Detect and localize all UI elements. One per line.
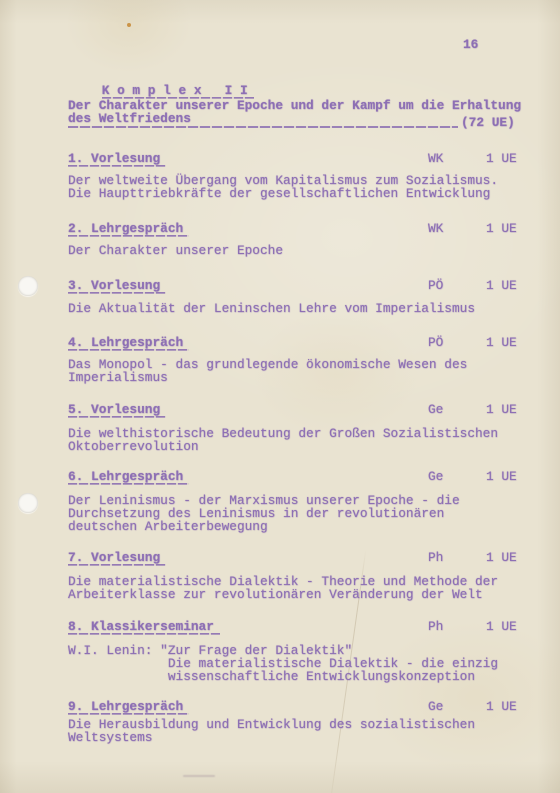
section-body: Der weltweite Übergang vom Kapitalismus …: [68, 174, 498, 200]
section-title: 2. Lehrgespräch: [68, 222, 189, 237]
section-1: 1. Vorlesung WK 1 UE Der weltweite Überg…: [0, 152, 560, 230]
section-6: 6. Lehrgespräch Ge 1 UE Der Leninismus -…: [0, 470, 560, 548]
course-title: Der Charakter unserer Epoche und der Kam…: [68, 99, 521, 125]
section-code: PÖ: [428, 279, 443, 292]
section-7: 7. Vorlesung Ph 1 UE Die materialistisch…: [0, 551, 560, 629]
section-code: Ph: [428, 551, 443, 564]
section-title: 1. Vorlesung: [68, 152, 166, 167]
section-title: 9. Lehrgespräch: [68, 700, 189, 715]
section-ue: 1 UE: [486, 620, 517, 633]
section-code: WK: [428, 222, 443, 235]
total-ue: (72 UE): [461, 116, 515, 129]
komplex-heading: K o m p l e x I I: [102, 84, 254, 99]
section-title: 5. Vorlesung: [68, 403, 166, 418]
section-code: Ph: [428, 620, 443, 633]
section-9: 9. Lehrgespräch Ge 1 UE Die Herausbildun…: [0, 700, 560, 778]
section-code: Ge: [428, 470, 443, 483]
section-title: 8. Klassikerseminar: [68, 620, 220, 635]
section-body: Die Herausbildung und Entwicklung des so…: [68, 718, 475, 744]
section-ue: 1 UE: [486, 222, 517, 235]
section-title: 7. Vorlesung: [68, 551, 166, 566]
title-underline: [68, 126, 458, 128]
section-ue: 1 UE: [486, 700, 517, 713]
paper-speck: [127, 23, 131, 27]
section-body: W.I. Lenin: "Zur Frage der Dialektik" Di…: [68, 644, 498, 683]
section-ue: 1 UE: [486, 470, 517, 483]
section-body: Die welthistorische Bedeutung der Großen…: [68, 427, 498, 453]
section-title: 6. Lehrgespräch: [68, 470, 189, 485]
section-ue: 1 UE: [486, 403, 517, 416]
section-body: Die Aktualität der Leninschen Lehre vom …: [68, 302, 475, 315]
section-body: Die materialistische Dialektik - Theorie…: [68, 575, 498, 601]
section-body: Der Leninismus - der Marxismus unserer E…: [68, 494, 460, 533]
section-body: Der Charakter unserer Epoche: [68, 244, 283, 257]
section-ue: 1 UE: [486, 152, 517, 165]
section-code: WK: [428, 152, 443, 165]
section-ue: 1 UE: [486, 551, 517, 564]
section-8: 8. Klassikerseminar Ph 1 UE W.I. Lenin: …: [0, 620, 560, 698]
section-body: Das Monopol - das grundlegende ökonomisc…: [68, 358, 467, 384]
section-code: Ge: [428, 700, 443, 713]
page-number: 16: [463, 38, 478, 51]
section-title: 4. Lehrgespräch: [68, 336, 189, 351]
section-code: Ge: [428, 403, 443, 416]
section-title: 3. Vorlesung: [68, 279, 166, 294]
section-code: PÖ: [428, 336, 443, 349]
scanned-document-page: 16 K o m p l e x I I Der Charakter unser…: [0, 0, 560, 793]
section-ue: 1 UE: [486, 336, 517, 349]
section-ue: 1 UE: [486, 279, 517, 292]
